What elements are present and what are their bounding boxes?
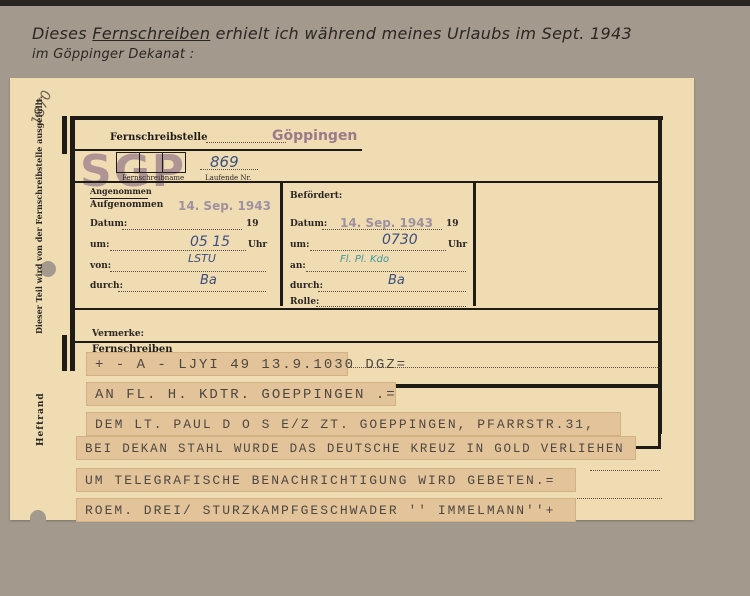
telegram-line-4: BEI DEKAN STAHL WURDE DAS DEUTSCHE KREUZ… [76, 436, 636, 460]
frame-tick [658, 434, 661, 446]
received-from-value: LSTU [188, 252, 216, 265]
forwarded-roll-label: Rolle: [290, 297, 319, 307]
received-time-value: 05 15 [190, 234, 230, 250]
received-heading-1: Angenommen [90, 186, 152, 196]
row-divider [72, 181, 660, 183]
remarks-label: Vermerke: [92, 329, 144, 339]
received-date-label: Datum: [90, 219, 127, 229]
handwritten-note-line-1: Dieses Fernschreiben erhielt ich während… [32, 24, 632, 43]
received-by-initials: Ba [200, 273, 217, 288]
dotted-line [122, 229, 242, 230]
code-box [116, 152, 140, 173]
dotted-line [318, 291, 466, 292]
telegram-form-sheet: 1870 Fernschreibstelle Göppingen SGP Fer… [10, 78, 694, 520]
dotted-line [110, 271, 266, 272]
telegram-line-3: DEM LT. PAUL D O S E/Z ZT. GOEPPINGEN, P… [86, 412, 621, 436]
telegram-line-1: + - A - LJYI 49 13.9.1030 DGZ= [86, 352, 348, 376]
dotted-line [200, 169, 258, 170]
handwritten-note-line-2: im Göppinger Dekanat : [32, 47, 194, 62]
station-stamp: Göppingen [272, 128, 357, 144]
binding-margin-label: Heftrand [36, 392, 46, 446]
dotted-line [590, 470, 660, 471]
received-by-label: durch: [90, 281, 123, 291]
forwarded-year-label: 19 [446, 219, 459, 229]
code-box [139, 152, 163, 173]
forwarded-date-stamp: 14. Sep. 1943 [340, 216, 433, 230]
dotted-line [316, 306, 466, 307]
dotted-line [322, 229, 442, 230]
column-divider [473, 182, 476, 306]
forwarded-by-initials: Ba [388, 273, 405, 288]
received-heading-2: Aufgenommen [90, 200, 163, 210]
dotted-line [118, 291, 266, 292]
note-text: Dieses [32, 24, 92, 43]
scan-top-edge [0, 0, 750, 6]
column-divider [280, 182, 283, 306]
row-divider [72, 308, 660, 310]
forwarded-date-label: Datum: [290, 219, 327, 229]
note-text: erhielt ich während meines Urlaubs im Se… [210, 24, 632, 43]
dotted-line [110, 250, 246, 251]
station-label: Fernschreibstelle [110, 132, 207, 143]
forwarded-time-unit: Uhr [448, 240, 467, 250]
forwarded-time-value: 0730 [382, 232, 418, 248]
forwarded-time-label: um: [290, 240, 309, 250]
frame-top [70, 116, 663, 120]
forwarded-heading: Befördert: [290, 191, 342, 201]
received-time-label: um: [90, 240, 109, 250]
telegram-line-5: UM TELEGRAFISCHE BENACHRICHTIGUNG WIRD G… [76, 468, 576, 492]
frame-left [70, 116, 75, 371]
forwarded-to-value: Fl. Pl. Kdo [340, 254, 389, 265]
received-time-unit: Uhr [248, 240, 267, 250]
forwarded-to-label: an: [290, 261, 306, 271]
frame-bar [62, 335, 67, 371]
dotted-line [310, 250, 446, 251]
row-divider [72, 341, 660, 343]
forwarded-by-label: durch: [290, 281, 323, 291]
telegram-line-2: AN FL. H. KDTR. GOEPPINGEN .= [86, 382, 396, 406]
note-underlined-word: Fernschreiben [92, 24, 210, 43]
received-from-label: von: [90, 261, 111, 271]
telegram-line-6: ROEM. DREI/ STURZKAMPFGESCHWADER '' IMME… [76, 498, 576, 522]
frame-bar [62, 116, 67, 154]
punch-hole [30, 510, 46, 526]
received-year-label: 19 [246, 219, 259, 229]
received-date-stamp: 14. Sep. 1943 [178, 199, 271, 213]
side-note: Dieser Teil wird von der Fernschreibstel… [34, 96, 44, 334]
code-box [162, 152, 186, 173]
strike-line [90, 198, 148, 199]
dotted-line [306, 271, 466, 272]
